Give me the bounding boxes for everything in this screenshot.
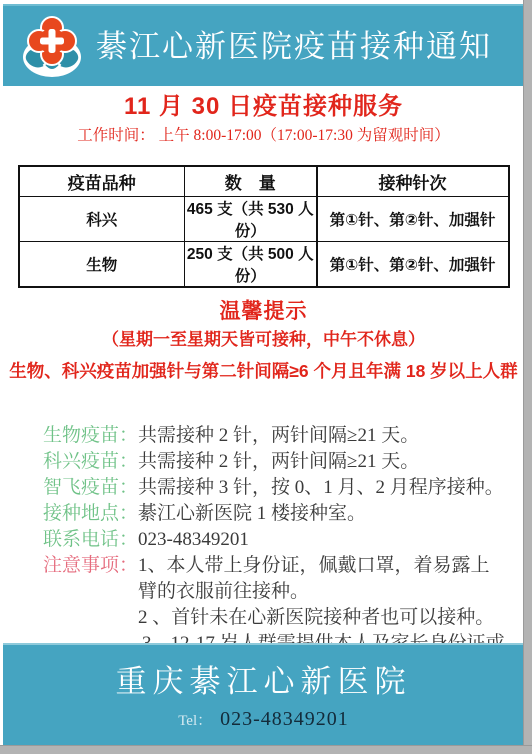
cell-variety: 科兴	[19, 197, 185, 242]
note-line: 1、本人带上身份证，佩戴口罩，着易露上	[138, 553, 518, 579]
table-header-row: 疫苗品种 数 量 接种针次	[19, 166, 509, 197]
detail-row-zhifei: 智飞疫苗： 共需接种 3 针，按 0、1 月、2 月程序接种。	[43, 475, 518, 501]
detail-label: 智飞疫苗：	[43, 475, 138, 501]
cell-doses: 第①针、第②针、加强针	[317, 242, 509, 288]
hospital-name: 重庆綦江心新医院	[3, 665, 524, 699]
detail-row-location: 接种地点： 綦江心新医院 1 楼接种室。	[43, 501, 518, 527]
page-edge-shadow-right	[523, 0, 532, 754]
detail-value: 共需接种 2 针，两针间隔≥21 天。	[138, 449, 419, 475]
detail-value: 共需接种 3 针，按 0、1 月、2 月程序接种。	[138, 475, 504, 501]
cell-quantity: 465 支（共 530 人份）	[185, 197, 317, 242]
header-title: 綦江心新医院疫苗接种通知	[96, 31, 492, 62]
detail-value: 綦江心新医院 1 楼接种室。	[138, 501, 366, 527]
table-row: 生物 250 支（共 500 人份） 第①针、第②针、加强针	[19, 242, 509, 288]
header-banner: 綦江心新医院疫苗接种通知	[3, 4, 524, 86]
notice-body: 11 月 30 日疫苗接种服务 工作时间： 上午 8:00-17:00（17:0…	[3, 84, 524, 683]
col-header-variety: 疫苗品种	[19, 166, 185, 197]
tips-schedule-line: （星期一至星期天皆可接种，中午不休息）	[3, 329, 524, 351]
tel-label: Tel：	[178, 713, 212, 729]
note-line: 2 、首针未在心新医院接种者也可以接种。	[138, 605, 518, 631]
tips-title: 温馨提示	[3, 300, 524, 324]
detail-label: 生物疫苗：	[43, 423, 138, 449]
detail-label: 科兴疫苗：	[43, 449, 138, 475]
footer-banner: 重庆綦江心新医院 Tel： 023-48349201	[3, 643, 524, 746]
work-time-line: 工作时间： 上午 8:00-17:00（17:00-17:30 为留观时间）	[3, 126, 524, 146]
table-row: 科兴 465 支（共 530 人份） 第①针、第②针、加强针	[19, 197, 509, 242]
col-header-quantity: 数 量	[185, 166, 317, 197]
note-line: 臂的衣服前往接种。	[138, 579, 518, 605]
cell-variety: 生物	[19, 242, 185, 288]
detail-value: 023-48349201	[138, 527, 249, 553]
tel-line: Tel： 023-48349201	[3, 708, 524, 732]
detail-label: 接种地点：	[43, 501, 138, 527]
vaccine-table: 疫苗品种 数 量 接种针次 科兴 465 支（共 530 人份） 第①针、第②针…	[18, 165, 510, 288]
cell-quantity: 250 支（共 500 人份）	[185, 242, 317, 288]
detail-row-biotech: 生物疫苗： 共需接种 2 针，两针间隔≥21 天。	[43, 423, 518, 449]
detail-value: 共需接种 2 针，两针间隔≥21 天。	[138, 423, 419, 449]
detail-label: 联系电话：	[43, 527, 138, 553]
notes-label: 注意事项：	[43, 553, 138, 579]
tel-number: 023-48349201	[220, 708, 349, 730]
notice-page: 綦江心新医院疫苗接种通知 11 月 30 日疫苗接种服务 工作时间： 上午 8:…	[0, 0, 532, 754]
tips-booster-rule-line: 生物、科兴疫苗加强针与第二针间隔≥6 个月且年满 18 岁以上人群	[3, 359, 524, 383]
detail-row-phone: 联系电话： 023-48349201	[43, 527, 518, 553]
hospital-flower-logo-icon	[20, 13, 84, 79]
service-date-title: 11 月 30 日疫苗接种服务	[3, 93, 524, 121]
col-header-doses: 接种针次	[317, 166, 509, 197]
cell-doses: 第①针、第②针、加强针	[317, 197, 509, 242]
detail-row-sinovac: 科兴疫苗： 共需接种 2 针，两针间隔≥21 天。	[43, 449, 518, 475]
page-edge-shadow-bottom	[0, 745, 532, 754]
